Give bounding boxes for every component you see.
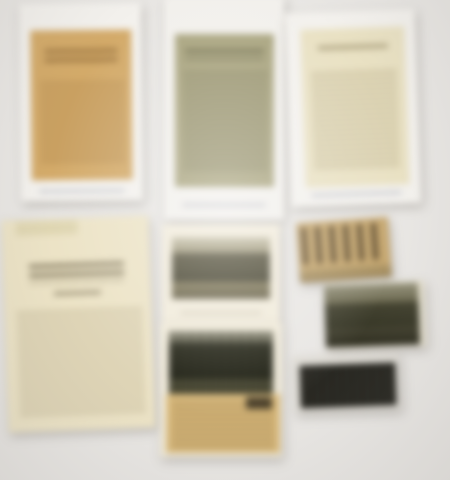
notice-body-lines [16, 304, 146, 418]
leaflet-green-heading-lines [185, 44, 264, 60]
mount-caption-line [182, 203, 266, 207]
sepia-group-photo [296, 217, 392, 283]
leaflet-cream-heading-lines [317, 39, 388, 55]
notice-header-lines [29, 256, 124, 283]
standing-figures-silhouettes [300, 222, 387, 265]
leaflet-green-page [175, 34, 274, 187]
leaflet-tan-page [30, 29, 133, 180]
photo-tree-streaks [169, 331, 273, 394]
leaflet-cream-page [300, 26, 409, 188]
photo-ground-area [325, 326, 420, 348]
photo-ground-area [299, 264, 392, 284]
photo-dark-mass [172, 253, 270, 282]
photo-roster-card [160, 323, 282, 457]
leaflet-tan-heading-lines [45, 44, 118, 67]
roster-dark-stamp [246, 397, 272, 409]
photo-ground-area [172, 283, 270, 299]
mount-caption-line [180, 311, 263, 315]
mount-caption-line [39, 189, 124, 194]
mounted-dark-landscape [324, 280, 426, 349]
leaflet-green-text-lines [183, 68, 268, 172]
mount-caption-line [310, 190, 401, 197]
notice-corner-tab [15, 220, 77, 236]
photo-strip-mat [293, 353, 401, 413]
mounted-leaflet-cream [285, 9, 422, 207]
mounted-photo-card [162, 224, 280, 324]
mounted-leaflet-tan [19, 2, 143, 201]
roster-sheet [166, 394, 280, 453]
leaflet-cream-text-lines [311, 66, 400, 169]
dark-trees-photo [169, 331, 273, 394]
notice-subheader-line [54, 285, 101, 296]
mounted-leaflet-green [164, 0, 284, 220]
typed-notice-document [1, 215, 155, 432]
sepia-landscape-photo [172, 237, 270, 299]
photo-dark-mass [325, 301, 420, 329]
photo-canvas [0, 0, 450, 480]
photo-faint-streaks [299, 362, 396, 408]
dark-strip-photo [299, 362, 396, 408]
dark-landscape-photo [324, 282, 420, 347]
leaflet-tan-text-lines [40, 78, 126, 167]
blurred-scene [0, 0, 450, 480]
